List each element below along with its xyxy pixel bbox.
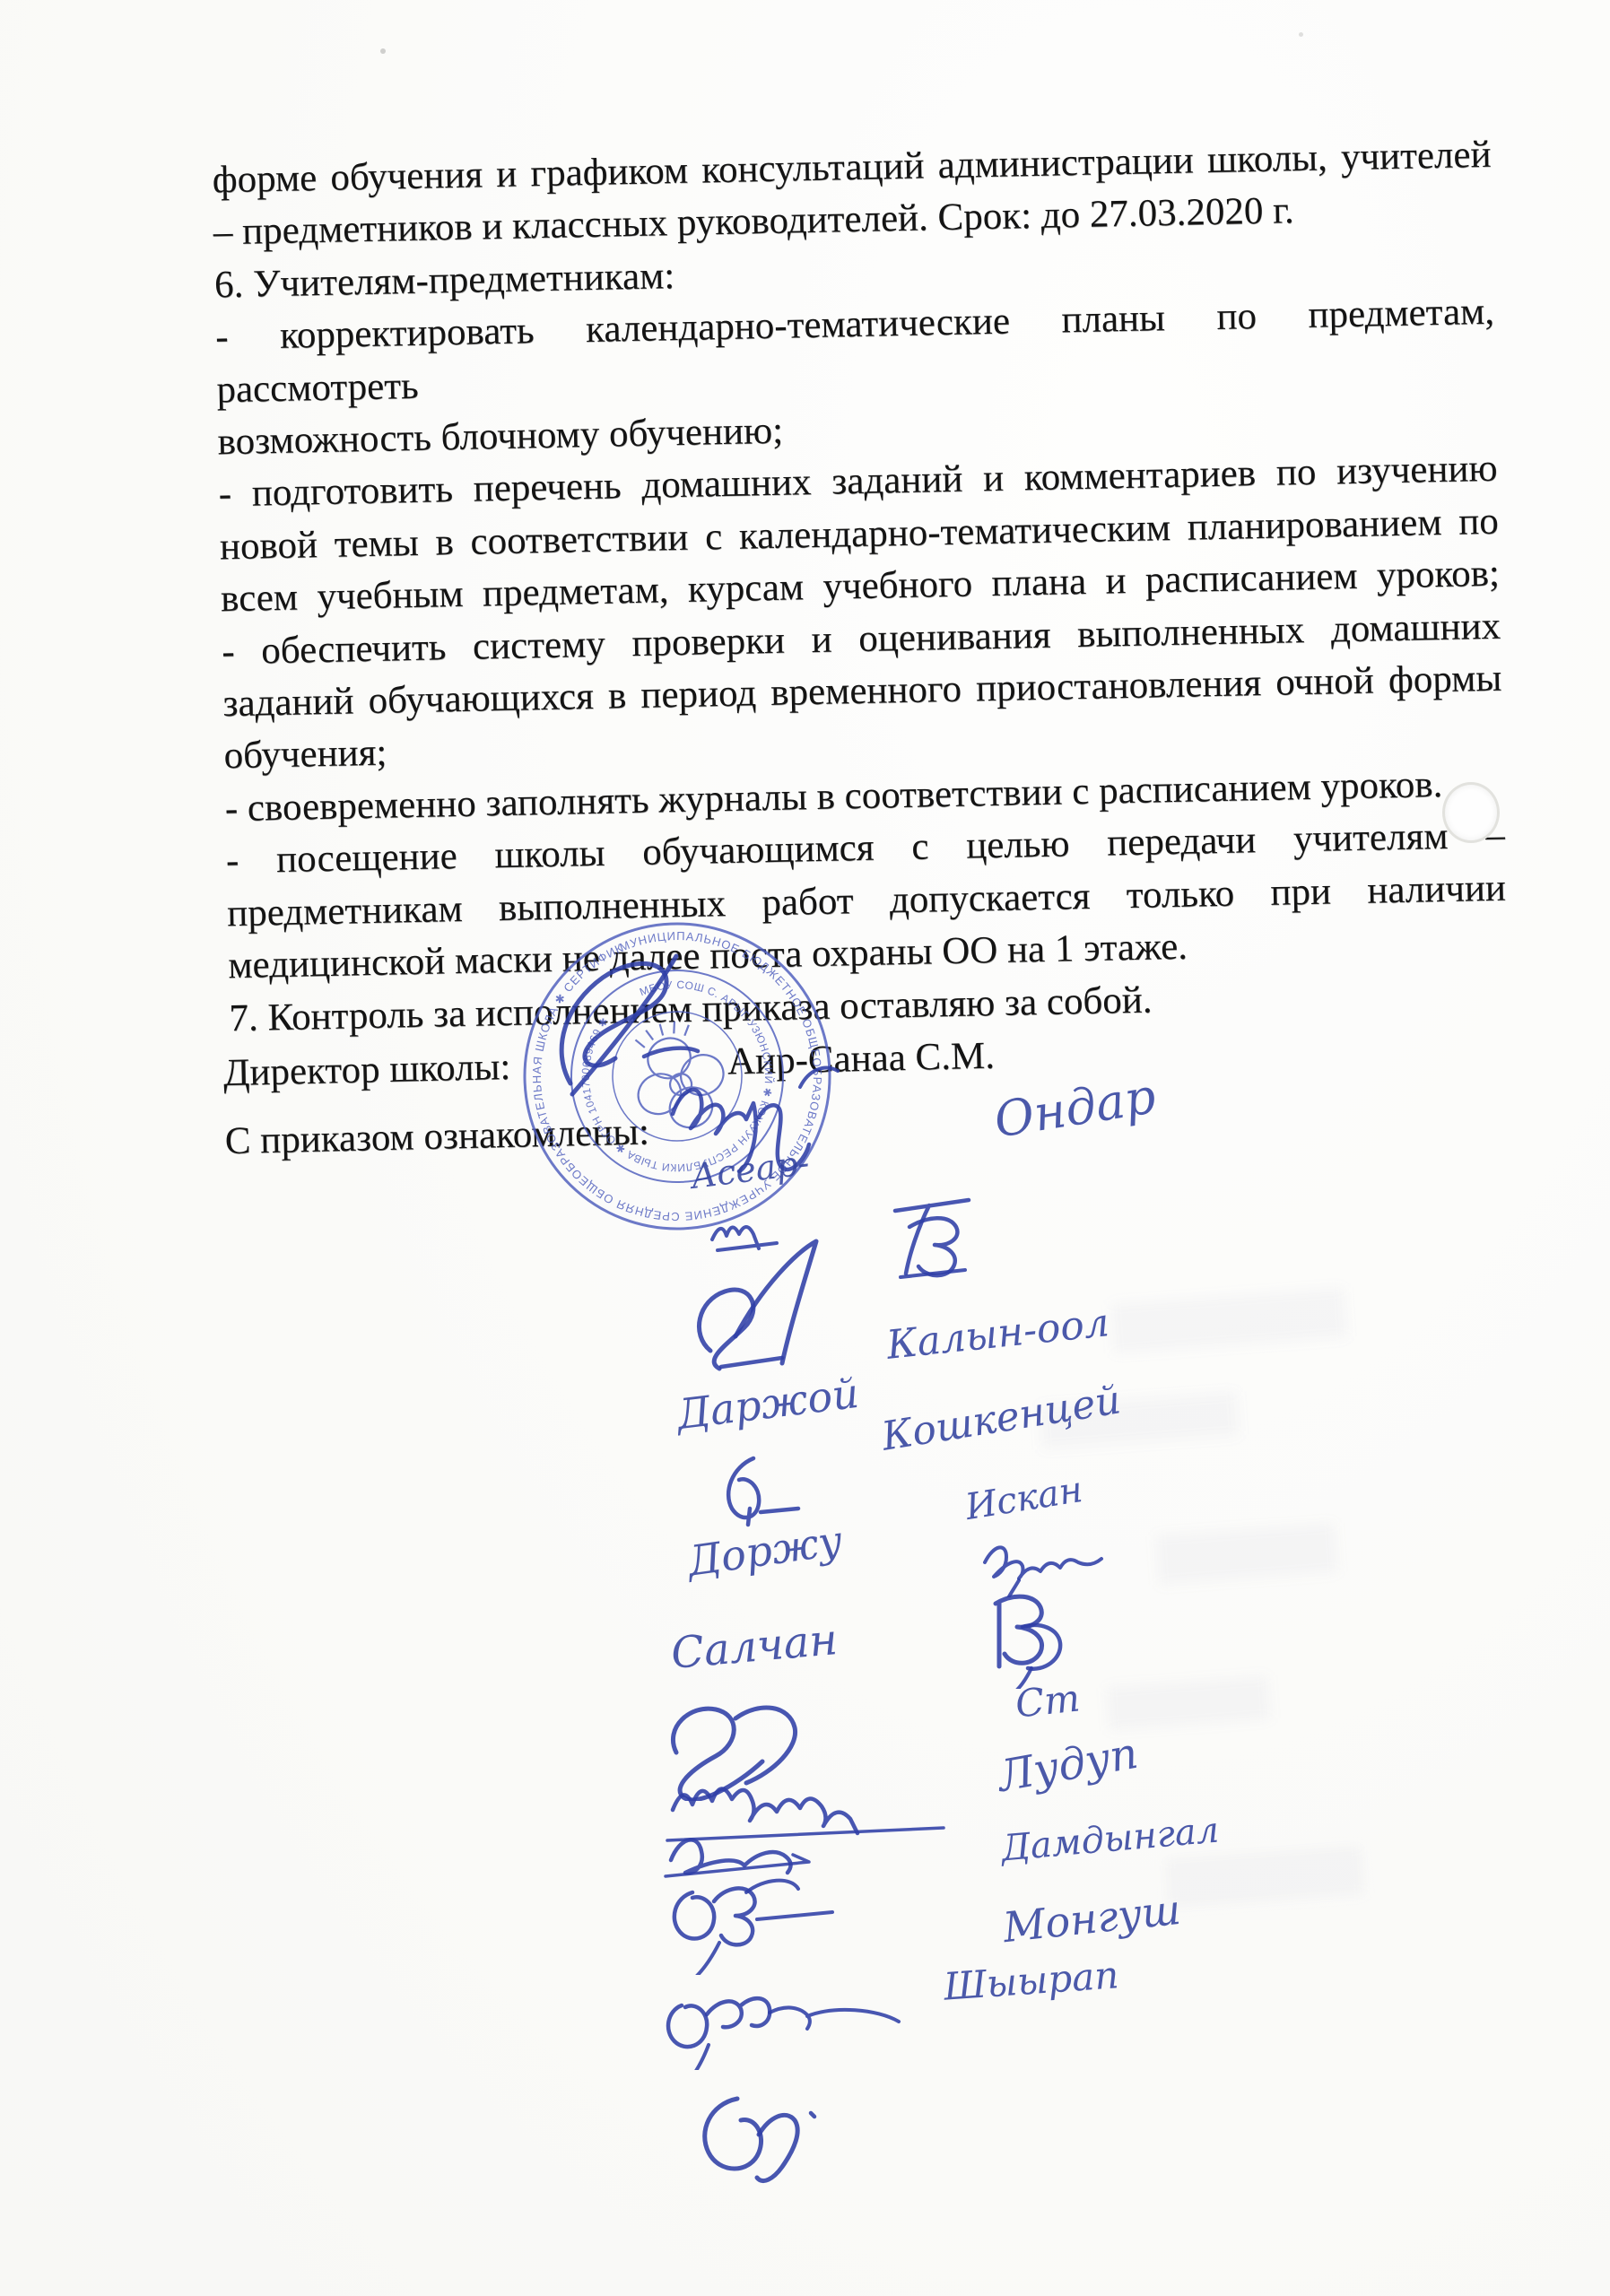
bleed-through-mark <box>1164 1845 1364 1908</box>
signature-name: Ст <box>1014 1675 1083 1726</box>
signature-monogram <box>883 1193 981 1287</box>
signature-flourish <box>682 1236 825 1375</box>
scan-speck <box>1299 32 1303 37</box>
signature-name: Салчан <box>669 1614 840 1679</box>
bleed-through-mark <box>1155 1523 1337 1585</box>
scan-speck <box>380 48 386 54</box>
order-body-text: форме обучения и графиком консультаций а… <box>212 129 1509 1045</box>
signature-name: Калын-оол <box>884 1300 1111 1369</box>
signature-flourish <box>655 1971 906 2070</box>
signature-name: Шыырап <box>943 1952 1120 2009</box>
signature-name: Лудуп <box>994 1728 1141 1802</box>
bleed-through-mark <box>1110 1288 1346 1353</box>
signature-name: Искан <box>962 1469 1085 1528</box>
signature-name: Монгуш <box>1001 1885 1183 1952</box>
signature-monogram <box>969 1586 1085 1689</box>
signature-name: Даржой <box>674 1369 861 1439</box>
scan-artifact-hole <box>1442 782 1500 843</box>
director-label: Директор школы: <box>223 1046 511 1094</box>
signature-flourish <box>657 1867 836 1975</box>
bleed-through-mark <box>1107 1676 1271 1730</box>
signature-monogram <box>705 1451 804 1532</box>
scanned-order-page: форме обучения и графиком консультаций а… <box>0 0 1610 2296</box>
signature-flourish <box>683 2083 836 2190</box>
